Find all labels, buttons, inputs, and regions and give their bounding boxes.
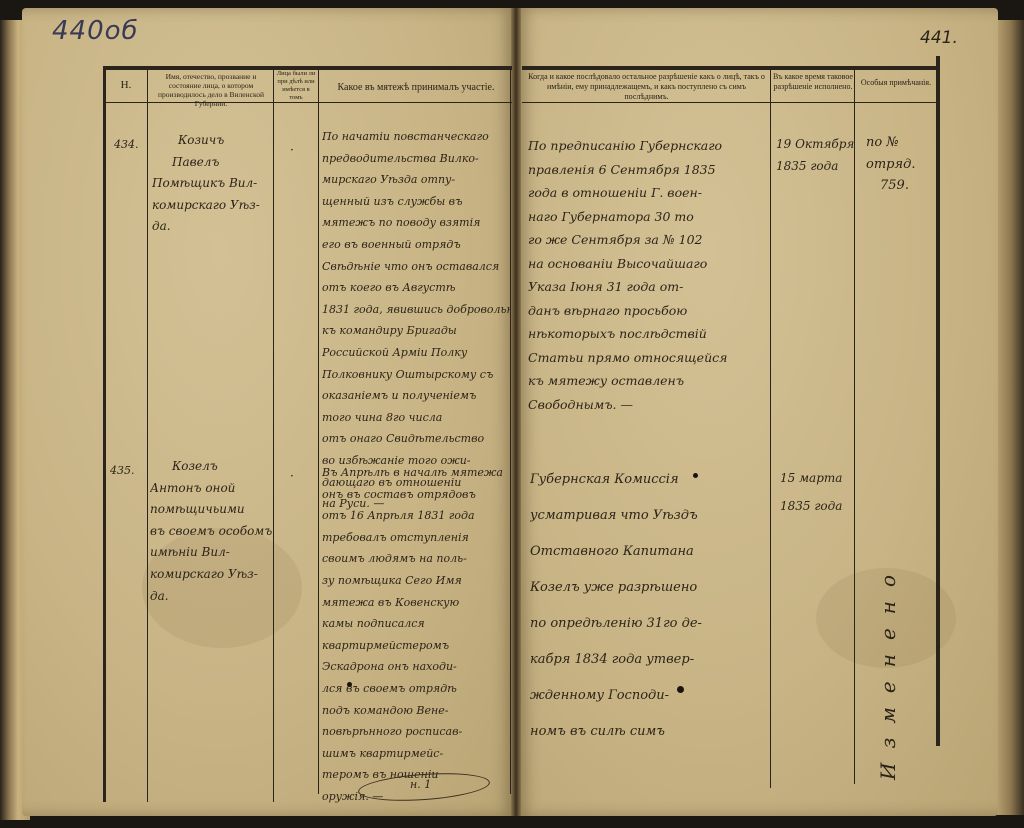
entry-executed-date: 19 Октября 1835 года bbox=[776, 134, 854, 177]
text-line: 1831 года, явившись добровольно bbox=[322, 299, 510, 321]
name-line: Козичъ bbox=[152, 130, 272, 152]
book-gutter bbox=[511, 8, 521, 816]
header-presence: Лица были ли при дѣлѣ или имѣется в томъ… bbox=[276, 70, 316, 102]
text-line: отъ коего въ Августѣ bbox=[322, 277, 510, 299]
column-divider bbox=[770, 70, 771, 788]
footer-mark: н. 1 bbox=[410, 778, 431, 792]
name-line: помѣщичьими bbox=[150, 499, 272, 521]
text-line: квартирмейстеромъ bbox=[322, 635, 510, 657]
folio-number-right: 441. bbox=[920, 28, 958, 48]
text-line: данъ вѣрнаго просьбою bbox=[528, 299, 768, 323]
text-line: кабря 1834 года утвер- bbox=[530, 642, 770, 678]
text-line: своимъ людямъ на поль- bbox=[322, 548, 510, 570]
punch-hole bbox=[677, 686, 684, 693]
ledger-book: 440об 441. Н. Имя, отечество, прозвание … bbox=[0, 0, 1024, 828]
text-line: наго Губернатора 30 то bbox=[528, 205, 768, 229]
text-line: Статьи прямо относящейся bbox=[528, 346, 768, 370]
text-line: Эскадрона онъ находи- bbox=[322, 656, 510, 678]
text-line: къ командиру Бригады bbox=[322, 320, 510, 342]
presence-mark: · bbox=[290, 466, 294, 488]
text-line: по опредѣленiю 31го де- bbox=[530, 606, 770, 642]
text-line: повѣрѣнного росписав- bbox=[322, 721, 510, 743]
text-line: года в отношенiи Г. воен- bbox=[528, 181, 768, 205]
text-line: подъ командою Вене- bbox=[322, 700, 510, 722]
header-notes: Особыя примѣчанiя. bbox=[856, 78, 936, 88]
punch-hole bbox=[347, 682, 352, 687]
text-line: Свободнымъ. — bbox=[528, 393, 768, 417]
text-line: Свѣдѣнiе что онъ оставался bbox=[322, 256, 510, 278]
entry-executed-date: 15 марта 1835 года bbox=[780, 464, 854, 520]
column-divider bbox=[510, 70, 511, 794]
header-resolution: Когда и какое послѣдовало остальное разр… bbox=[524, 72, 769, 102]
text-line: камы подписался bbox=[322, 613, 510, 635]
header-bottom-rule-right bbox=[522, 102, 936, 103]
name-line: комирскаго Уѣз- bbox=[152, 195, 272, 217]
text-line: его въ военный отрядъ bbox=[322, 234, 510, 256]
text-line: Въ Апрѣлѣ в началѣ мятежа bbox=[322, 462, 510, 484]
name-line: да. bbox=[152, 216, 272, 238]
presence-mark: · bbox=[290, 140, 294, 162]
text-line: отъ онаго Свидѣтельство bbox=[322, 428, 510, 450]
column-divider bbox=[854, 70, 855, 784]
column-divider bbox=[318, 70, 319, 794]
entry-name: Козичъ Павелъ Помѣщикъ Вил- комирскаго У… bbox=[152, 130, 272, 238]
text-line: нѣкоторыхъ послѣдствiй bbox=[528, 322, 768, 346]
name-line: комирскаго Уѣз- bbox=[150, 564, 272, 586]
column-divider bbox=[273, 70, 274, 802]
text-line: 1835 года bbox=[780, 492, 854, 520]
text-line: отряд. bbox=[866, 154, 936, 176]
text-line: отъ 16 Апрѣля 1831 года bbox=[322, 505, 510, 527]
name-line: Антонъ оной bbox=[150, 478, 272, 500]
text-line: 19 Октября bbox=[776, 134, 854, 156]
name-line: да. bbox=[150, 586, 272, 608]
text-line: Полковнику Оштырскому съ bbox=[322, 364, 510, 386]
text-line: къ мятежу оставленъ bbox=[528, 369, 768, 393]
book-edge-right bbox=[996, 20, 1024, 815]
text-line: щенный изъ службы въ bbox=[322, 191, 510, 213]
entry-name: Козелъ Антонъ оной помѣщичьими въ своемъ… bbox=[150, 456, 272, 607]
column-divider bbox=[147, 70, 148, 802]
text-line: жденному Господи- bbox=[530, 678, 770, 714]
folio-number-left: 440об bbox=[52, 16, 139, 46]
text-line: 15 марта bbox=[780, 464, 854, 492]
table-outer-border-right bbox=[936, 56, 940, 746]
text-line: по № bbox=[866, 132, 936, 154]
name-line: имѣнiи Вил- bbox=[150, 542, 272, 564]
header-name: Имя, отечество, прозвание и состояние ли… bbox=[150, 72, 272, 108]
text-line: Указа Iюня 31 года от- bbox=[528, 275, 768, 299]
entry-number: 434. bbox=[114, 134, 139, 156]
text-line: 759. bbox=[866, 175, 936, 197]
entry-resolution: По предписанiю Губернскаго правленiя 6 С… bbox=[528, 134, 768, 416]
text-line: того чина 8го числа bbox=[322, 407, 510, 429]
text-line: шимъ квартирмейс- bbox=[322, 743, 510, 765]
text-line: онъ въ составъ отрядовъ bbox=[322, 484, 510, 506]
entry-number: 435. bbox=[110, 460, 135, 482]
text-line: требовалъ отступленiя bbox=[322, 527, 510, 549]
text-line: предводительства Вилко- bbox=[322, 148, 510, 170]
text-line: оказанiемъ и полученiемъ bbox=[322, 385, 510, 407]
header-executed: Въ какое время таковое разрѣшенiе исполн… bbox=[772, 72, 854, 92]
text-line: усматривая что Уѣздъ bbox=[530, 498, 770, 534]
text-line: Российской Армiи Полку bbox=[322, 342, 510, 364]
text-line: Отставного Капитана bbox=[530, 534, 770, 570]
name-line: въ своемъ особомъ bbox=[150, 521, 272, 543]
text-line: номъ въ силѣ симъ bbox=[530, 714, 770, 750]
text-line: на основанiи Высочайшаго bbox=[528, 252, 768, 276]
entry-notes-vertical: Изменено bbox=[876, 480, 900, 780]
punch-hole bbox=[693, 473, 698, 478]
text-line: правленiя 6 Сентября 1835 bbox=[528, 158, 768, 182]
text-line: По предписанiю Губернскаго bbox=[528, 134, 768, 158]
header-participation: Какое въ мятежѣ принималъ участiе. bbox=[322, 82, 510, 93]
text-line: зу помѣщика Сего Имя bbox=[322, 570, 510, 592]
text-line: Губернская Комиссiя bbox=[530, 462, 770, 498]
text-line: мятежъ по поводу взятiя bbox=[322, 212, 510, 234]
text-line: 1835 года bbox=[776, 156, 854, 178]
name-line: Козелъ bbox=[150, 456, 272, 478]
name-line: Павелъ bbox=[152, 152, 272, 174]
text-line: мятежа въ Ковенскую bbox=[322, 592, 510, 614]
table-outer-border-left bbox=[103, 66, 106, 802]
entry-participation: По начатiи повстанческаго предводительст… bbox=[322, 126, 510, 515]
entry-notes: по № отряд. 759. bbox=[866, 132, 936, 197]
name-line: Помѣщикъ Вил- bbox=[152, 173, 272, 195]
entry-resolution: Губернская Комиссiя усматривая что Уѣздъ… bbox=[530, 462, 770, 750]
text-line: го же Сентября за № 102 bbox=[528, 228, 768, 252]
text-line: По начатiи повстанческаго bbox=[322, 126, 510, 148]
entry-participation: Въ Апрѣлѣ в началѣ мятежа онъ въ составъ… bbox=[322, 462, 510, 808]
text-line: Козелъ уже разрѣшено bbox=[530, 570, 770, 606]
header-number: Н. bbox=[106, 80, 146, 91]
table-top-rule-right bbox=[522, 66, 936, 70]
text-line: мирскаго Уѣзда отпу- bbox=[322, 169, 510, 191]
